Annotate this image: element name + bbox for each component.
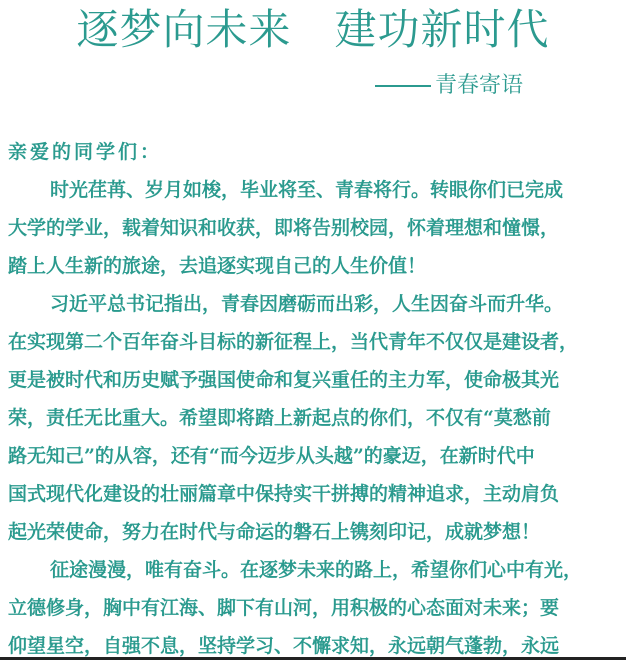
letter-body: 亲爱的同学们： 时光荏苒、岁月如梭，毕业将至、青春将行。转眼你们已完成 大学的学…: [8, 133, 622, 660]
paragraph-line: 时光荏苒、岁月如梭，毕业将至、青春将行。转眼你们已完成: [8, 171, 622, 209]
paragraph-line: 荣，责任无比重大。希望即将踏上新起点的你们，不仅有“莫愁前: [8, 399, 622, 437]
signature: 青春寄语: [375, 70, 523, 102]
signature-text: 青春寄语: [435, 73, 523, 98]
paragraph-line: 在实现第二个百年奋斗目标的新征程上，当代青年不仅仅是建设者，: [8, 323, 622, 361]
paragraph-line: 习近平总书记指出，青春因磨砺而出彩，人生因奋斗而升华。: [8, 285, 622, 323]
signature-dash: [375, 85, 431, 87]
paragraph-line: 国式现代化建设的壮丽篇章中保持实干拼搏的精神追求，主动肩负: [8, 475, 622, 513]
paragraph-line: 起光荣使命，努力在时代与命运的磐石上镌刻印记，成就梦想！: [8, 513, 622, 551]
paragraph-line: 更是被时代和历史赋予强国使命和复兴重任的主力军，使命极其光: [8, 361, 622, 399]
paragraph-line: 征途漫漫，唯有奋斗。在逐梦未来的路上，希望你们心中有光，: [8, 551, 622, 589]
paragraph-line: 路无知己”的从容，还有“而今迈步从头越”的豪迈，在新时代中: [8, 437, 622, 475]
paragraph-line: 立德修身，胸中有江海、脚下有山河，用积极的心态面对未来；要: [8, 589, 622, 627]
paragraph-2: 习近平总书记指出，青春因磨砺而出彩，人生因奋斗而升华。 在实现第二个百年奋斗目标…: [8, 285, 622, 551]
paragraph-line: 大学的学业，载着知识和收获，即将告别校园，怀着理想和憧憬，: [8, 209, 622, 247]
page-title: 逐梦向未来 建功新时代: [0, 4, 626, 56]
paragraph-3: 征途漫漫，唯有奋斗。在逐梦未来的路上，希望你们心中有光， 立德修身，胸中有江海、…: [8, 551, 622, 660]
paragraph-line: 仰望星空，自强不息，坚持学习、不懈求知，永远朝气蓬勃，永远: [8, 627, 622, 660]
paragraph-1: 时光荏苒、岁月如梭，毕业将至、青春将行。转眼你们已完成 大学的学业，载着知识和收…: [8, 171, 622, 285]
paragraph-line: 踏上人生新的旅途，去追逐实现自己的人生价值！: [8, 247, 622, 285]
salutation: 亲爱的同学们：: [8, 133, 622, 171]
